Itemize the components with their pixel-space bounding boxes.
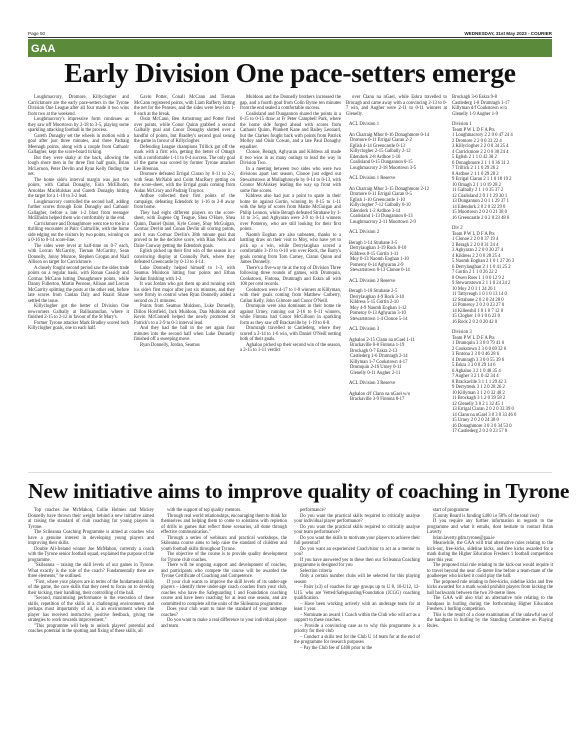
paragraph: This is the result of a close examinatio…: [427, 613, 553, 630]
paragraph: Drumquin were also dominant in their hom…: [240, 304, 341, 326]
paragraph: It was Jordan who got them up and runnin…: [134, 282, 235, 304]
paragraph: The home side's interval margin was just…: [28, 178, 129, 200]
article-body-2: Top coaches Joe McMahon, Collie Holmes a…: [28, 508, 552, 668]
results-continued: Brockagh 3-6 Eskra 9-8Castlederg 1-8 Dru…: [452, 95, 552, 117]
result-line: Stewartstown 1-4 Clonoe 5-14: [346, 317, 447, 323]
paragraph: The proposed trial rule relating to the …: [427, 563, 553, 580]
paragraph: – Provide a convincing case as to why th…: [294, 624, 420, 635]
table-row: 17 Castlederg 2 0 2 0 23 57 0: [452, 429, 552, 435]
paragraph: Aghaloo picked up their second win of th…: [240, 343, 341, 354]
paragraph: If you have answered yes to these then o…: [294, 558, 420, 569]
paragraph: Gareth Donaghy set the wheels in motion …: [28, 134, 129, 156]
paragraph: Eglish picked up their first win of the …: [134, 249, 235, 266]
article-column-2: Gavin Potter, Conall McCann and Tiernan …: [134, 95, 235, 348]
paragraph: Cookstown were 4-17 to 1-8 winners at Ki…: [240, 288, 341, 305]
divider: [28, 472, 552, 473]
article-body: Loughmacrory, Dromore, Killyclogher and …: [28, 95, 552, 467]
paragraph: "Second, maximising performance in the e…: [28, 596, 154, 624]
issue-date: WEDNESDAY, 31st May 2023 - COURIER: [464, 31, 552, 36]
paragraph: Naomh Eoghan are also unbeaten, thanks t…: [240, 233, 341, 266]
results-heading: ACL Division 1 Reserve: [349, 176, 447, 182]
paragraph: Former Tyrone attacker Mark Bradley scor…: [28, 321, 129, 332]
paragraph: Loughmacrory, Dromore, Killyclogher and …: [28, 95, 129, 117]
paragraph: – Conduct a skills test for the Club U 1…: [294, 635, 420, 646]
results-list: ACL Division 1An Charraig Mhor 0-16 Dona…: [346, 122, 447, 403]
results-heading: ACL Division 1: [349, 122, 447, 128]
paragraph: The Scileanna Coaching Programme is aime…: [28, 530, 154, 547]
results-heading: ACL Division 3: [349, 327, 447, 333]
results-column: over Clann na nGael, while Eskra travell…: [346, 95, 447, 403]
paragraph: There will be ongoing support and develo…: [161, 563, 287, 580]
paragraph: Muldoon and the Donnelly brothers increa…: [240, 95, 341, 112]
paragraph: Coalisland and Dungannon shared the poin…: [240, 112, 341, 151]
article-headline: Early Division One pace-setters emerge: [28, 58, 552, 88]
results-intro: over Clann na nGael, while Eskra travell…: [346, 95, 447, 117]
results-heading: ACL Division 3 Reserve: [349, 381, 447, 387]
result-line: Loughmacrory 2-18 Moortown 3-5: [346, 166, 447, 172]
paragraph: Does your club want to raise the standar…: [161, 607, 287, 618]
paragraph: The proposed rule relating to free-kicks…: [427, 580, 553, 597]
paragraph: – Have been working actively with an und…: [294, 602, 420, 613]
paragraph: "This programme will help to unlock play…: [28, 624, 154, 635]
paragraph: But they were shaky at the back, allowin…: [28, 156, 129, 178]
article-column-1: Loughmacrory, Dromore, Killyclogher and …: [28, 95, 129, 332]
paragraph: Do you want to make a real difference to…: [161, 618, 287, 629]
paragraph: – Nominate an award 1 Coach within the C…: [294, 613, 420, 624]
paragraph: "First, where your players are in terms …: [28, 580, 154, 597]
paragraph: – Pay the Club fee of £400 prior to the: [294, 646, 420, 652]
paragraph: Ardboe collected their first points of t…: [134, 194, 235, 211]
paragraph: The GAA will also trial an alternative r…: [427, 596, 553, 613]
page-header: Page 50 WEDNESDAY, 31st May 2023 - COURI…: [28, 28, 552, 38]
paragraph: – Pairs (x3) of coaches for age groups u…: [294, 585, 420, 602]
paragraph: Oisin McCann, Ben Armstrong and Potter f…: [134, 117, 235, 145]
article2-column-2: with the support of top quality mentors.…: [161, 508, 287, 629]
paragraph: Meanwhile, the GAA will trial alternativ…: [427, 541, 553, 563]
results-heading: ACL Division 2 Reserve: [349, 279, 447, 285]
paragraph: Points from Seamus Muldoon, Luke Donnell…: [134, 304, 235, 326]
league-tables-column: Brockagh 3-6 Eskra 9-8Castlederg 1-8 Dru…: [452, 95, 552, 435]
result-line: Brackaville 3-9 Fintona 8-17: [346, 397, 447, 403]
paragraph: Carrickmore and Donaghmore went toe to t…: [28, 222, 129, 244]
paragraph: Ryan Donnelly, Jordan, Seamus: [134, 343, 235, 349]
paragraph: Double All-Ireland winner Joe McMahon, c…: [28, 547, 154, 564]
paragraph: "Skileanna – raising the skill levels of…: [28, 563, 154, 580]
result-line: Loughmacrory 2-11 Moortown 2-9: [346, 220, 447, 226]
paragraph: If your club wants to improve the skill …: [161, 580, 287, 608]
paragraph: And they had the ball in the net again f…: [134, 326, 235, 343]
paragraph: Killyclogher got the better of Division …: [28, 304, 129, 321]
section-banner: GAA: [28, 39, 552, 57]
paragraph: If you require any further information i…: [427, 519, 553, 536]
paragraph: Dromore defeated Errigal Ciaran by 0-11 …: [134, 172, 235, 194]
paragraph: They had eight different players on the …: [134, 211, 235, 250]
paragraph: Drumragh travelled to Castlederg, where …: [240, 326, 341, 343]
result-line: Stewartstown 0-13 Clonoe 0-14: [346, 268, 447, 274]
article-column-3: Muldoon and the Donnelly brothers increa…: [240, 95, 341, 354]
paragraph: Through real world relationships, encour…: [161, 514, 287, 536]
paragraph: Clonoe, Beragh, Aghyaran and Kildress al…: [240, 150, 341, 167]
paragraph: Do you want an experienced Coach/tutor t…: [294, 547, 420, 558]
results-heading: ACL Division 2: [349, 230, 447, 236]
paragraph: Do you want the practical skills require…: [294, 514, 420, 525]
article-headline-2: New initiative aims to improve quality o…: [28, 478, 552, 504]
paragraph: There's a five-way tie at the top of Div…: [240, 266, 341, 288]
paragraph: Loughmacrory's impressive form continues…: [28, 117, 129, 134]
paragraph: Only a certain number clubs will be sele…: [294, 574, 420, 585]
paragraph: Do you want the skills to motivate your …: [294, 536, 420, 547]
paragraph: Defending League champions Trillick got …: [134, 145, 235, 173]
paragraph: Loughmacrory controlled the second half,…: [28, 200, 129, 222]
article2-column-3: performance?Do you want the practical sk…: [294, 508, 420, 651]
page-number: Page 50: [28, 31, 45, 36]
league-tables: Division 1Team P W L D F A Pts1 Loughmac…: [452, 117, 552, 435]
article2-column-1: Top coaches Joe McMahon, Collie Holmes a…: [28, 508, 154, 635]
paragraph: Top coaches Joe McMahon, Collie Holmes a…: [28, 508, 154, 530]
paragraph: The objective of the course is to provid…: [161, 552, 287, 563]
paragraph: Kildress also had just a point to spare …: [240, 194, 341, 233]
paragraph: Do you want the practical skills require…: [294, 525, 420, 536]
article2-column-4: start of programme(County Board is fundi…: [427, 508, 553, 629]
section-label: GAA: [31, 43, 55, 55]
paragraph: Through a series of webinars and practic…: [161, 536, 287, 553]
paragraph: The sides were level at half-time on 0-7…: [28, 244, 129, 266]
paragraph: Luke Donnelly helped himself to 1-3, wit…: [134, 266, 235, 283]
result-line: Glenelly 0-11 Augher 2-11: [346, 371, 447, 377]
paragraph: In a meeting between two sides who were …: [240, 167, 341, 195]
paragraph: A closely fought second period saw the s…: [28, 266, 129, 305]
paragraph: Gavin Potter, Conall McCann and Tiernan …: [134, 95, 235, 117]
